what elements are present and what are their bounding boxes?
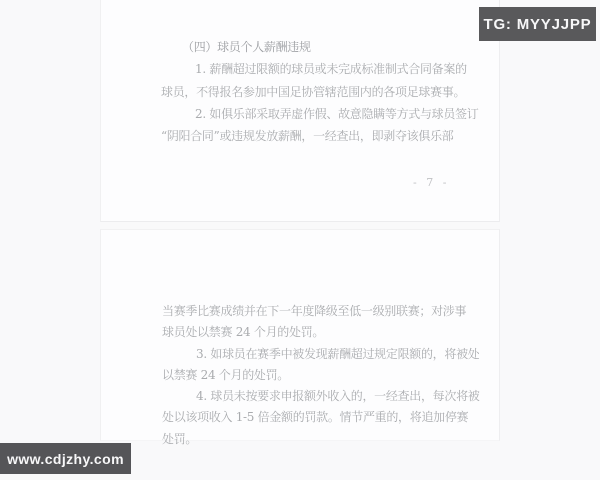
website-watermark-badge: www.cdjzhy.com <box>0 443 131 474</box>
text-line: “阴阳合同”或违规发放薪酬，一经查出，即剥夺该俱乐部 <box>161 125 491 147</box>
scanned-document-screenshot: { "overlays": { "tg_badge": "TG: MYYJJPP… <box>0 0 600 480</box>
text-line: 4. 球员未按要求申报额外收入的，一经查出，每次将被 <box>162 386 492 407</box>
text-line: 1. 薪酬超过限额的球员或未完成标准制式合同备案的 <box>161 58 491 80</box>
document-page-2: 当赛季比赛成绩并在下一年度降级至低一级别联赛；对涉事 球员处以禁赛 24 个月的… <box>100 229 500 441</box>
page-2-text-block: 当赛季比赛成绩并在下一年度降级至低一级别联赛；对涉事 球员处以禁赛 24 个月的… <box>162 301 492 450</box>
page-number: - 7 - <box>413 176 449 189</box>
text-line: 处罚。 <box>162 429 492 450</box>
text-line: 处以该项收入 1-5 倍金额的罚款。情节严重的，将追加停赛 <box>162 407 492 428</box>
text-line: 3. 如球员在赛季中被发现薪酬超过规定限额的，将被处 <box>162 344 492 365</box>
text-line: 2. 如俱乐部采取弄虚作假、故意隐瞒等方式与球员签订 <box>161 103 491 125</box>
text-line: 球员处以禁赛 24 个月的处罚。 <box>162 322 492 343</box>
telegram-watermark-badge: TG: MYYJJPP <box>479 7 596 41</box>
document-page-1: （四）球员个人薪酬违规 1. 薪酬超过限额的球员或未完成标准制式合同备案的 球员… <box>100 0 500 222</box>
text-line: 当赛季比赛成绩并在下一年度降级至低一级别联赛；对涉事 <box>162 301 492 322</box>
text-line: 以禁赛 24 个月的处罚。 <box>162 365 492 386</box>
page-1-text-block: （四）球员个人薪酬违规 1. 薪酬超过限额的球员或未完成标准制式合同备案的 球员… <box>161 36 491 147</box>
text-line: 球员，不得报名参加中国足协管辖范围内的各项足球赛事。 <box>161 81 491 103</box>
section-heading: （四）球员个人薪酬违规 <box>182 36 491 58</box>
